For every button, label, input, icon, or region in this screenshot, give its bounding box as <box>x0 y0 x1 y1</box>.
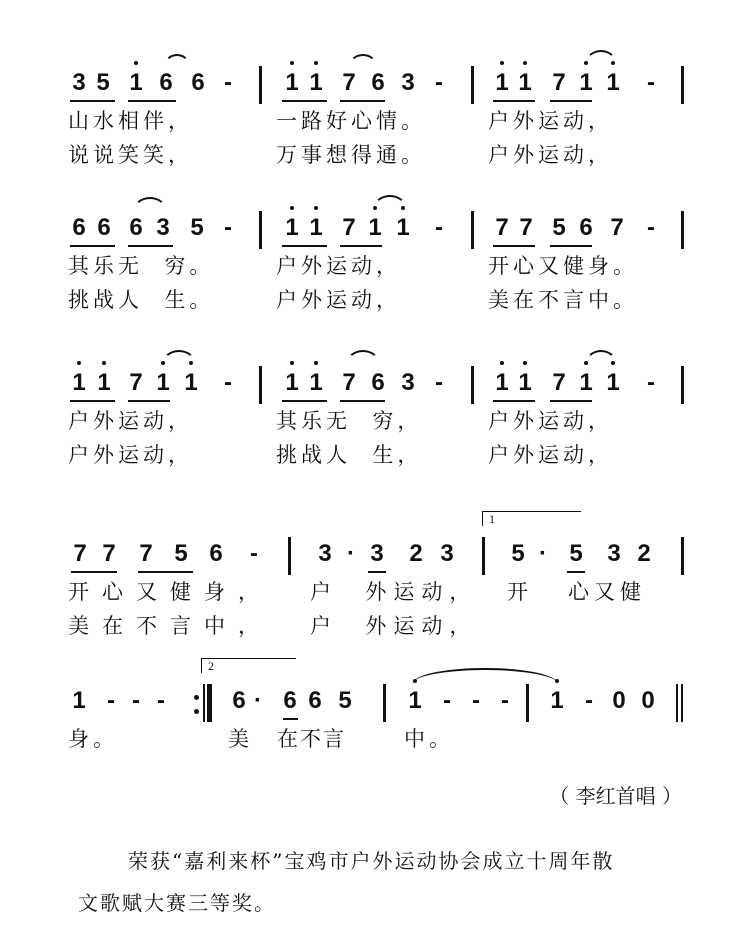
note-high: 1 <box>281 68 303 98</box>
tie-arc <box>162 350 196 364</box>
note-high: 1 <box>575 368 597 398</box>
dash: - <box>640 368 662 398</box>
underline <box>70 100 115 102</box>
note-high: 1 <box>305 368 327 398</box>
note-high: 1 <box>392 213 414 243</box>
final-barline-thin <box>681 684 683 722</box>
underline <box>128 400 170 402</box>
dot: · <box>340 539 362 569</box>
lyric-verse1: 户外运动， <box>276 253 401 279</box>
tie-arc <box>133 197 167 211</box>
notes-row: 1 - - - 6 · 6 6 5 1 - - - 1 - 0 0 <box>0 680 750 724</box>
dash: - <box>217 68 239 98</box>
dash: - <box>428 368 450 398</box>
barline <box>482 537 485 575</box>
dash: - <box>640 213 662 243</box>
barline <box>259 211 262 249</box>
tie-arc <box>585 50 617 64</box>
underline <box>282 400 327 402</box>
volta-bracket-1: 1 <box>482 511 581 526</box>
underline <box>550 100 592 102</box>
lyric-verse1: 一路好心情。 <box>276 108 426 134</box>
repeat-barline-thin <box>203 684 205 722</box>
tie-arc <box>412 668 558 684</box>
note: 6 <box>93 213 115 243</box>
tie-arc <box>373 195 407 209</box>
note: 6 <box>68 213 90 243</box>
lyric-verse1: 户外运动， <box>488 108 613 134</box>
notes-row: 1 1 7 1 1 - 1 1 7 6 3 - 1 1 7 1 1 - <box>0 362 750 406</box>
note-high: 1 <box>68 368 90 398</box>
underline <box>368 571 386 573</box>
underline <box>70 245 115 247</box>
lyric-verse2: 说说笑笑， <box>68 142 193 168</box>
note: 6 <box>367 368 389 398</box>
lyric-verse1: 户外运动， <box>68 408 193 434</box>
note-high: 1 <box>602 368 624 398</box>
barline <box>681 211 684 249</box>
note: 5 <box>565 539 587 569</box>
underline <box>282 245 327 247</box>
dash: - <box>578 686 600 716</box>
underline <box>493 400 535 402</box>
underline <box>128 100 176 102</box>
lyric-verse2: 美在不言中。 <box>488 287 638 313</box>
tie-arc <box>349 54 377 66</box>
note: 5 <box>186 213 208 243</box>
note: 5 <box>507 539 529 569</box>
note-high: 1 <box>575 68 597 98</box>
lyric-verse2: 万事想得通。 <box>276 142 426 168</box>
lyric-verse2: 美在不言中， <box>68 613 272 639</box>
note: 7 <box>606 213 628 243</box>
barline <box>526 684 529 722</box>
note-high: 1 <box>180 368 202 398</box>
note-high: 1 <box>364 213 386 243</box>
lyric-verse2: 户外运动， <box>276 287 401 313</box>
note: 7 <box>491 213 513 243</box>
barline <box>288 537 291 575</box>
barline <box>681 366 684 404</box>
note: 7 <box>98 539 120 569</box>
note: 5 <box>170 539 192 569</box>
barline <box>471 66 474 104</box>
note: 3 <box>603 539 625 569</box>
volta-bracket-2: 2 <box>201 658 296 673</box>
lyric-verse1: 中。 <box>404 726 454 752</box>
note: 7 <box>338 368 360 398</box>
lyric-verse1: 身。 <box>68 726 118 752</box>
dash: - <box>217 368 239 398</box>
note: 6 <box>367 68 389 98</box>
dash: - <box>150 686 172 716</box>
barline <box>681 537 684 575</box>
note-high: 1 <box>93 368 115 398</box>
dot: · <box>247 686 269 716</box>
underline <box>493 100 535 102</box>
note: 7 <box>515 213 537 243</box>
note-high: 1 <box>491 68 513 98</box>
note: 3 <box>366 539 388 569</box>
note: 6 <box>125 213 147 243</box>
note: 3 <box>152 213 174 243</box>
barline <box>681 66 684 104</box>
lyric-verse2: 挑战人 生。 <box>68 287 214 313</box>
underline <box>493 245 535 247</box>
note-high: 1 <box>305 213 327 243</box>
music-score-page: 3 5 1 6 6 - 1 1 7 6 3 - 1 1 7 1 1 - <box>0 0 750 949</box>
lyric-verse2: 户外运动， <box>68 442 193 468</box>
note: 6 <box>205 539 227 569</box>
note: 7 <box>125 368 147 398</box>
note: 6 <box>155 68 177 98</box>
repeat-dot <box>194 709 199 714</box>
notes-row: 3 5 1 6 6 - 1 1 7 6 3 - 1 1 7 1 1 - <box>0 62 750 106</box>
note-high: 1 <box>602 68 624 98</box>
note-high: 1 <box>152 368 174 398</box>
underline <box>282 100 327 102</box>
lyric-verse2: 户 外运动， <box>310 613 477 639</box>
note: 7 <box>69 539 91 569</box>
lyric-verse1: 户外运动， <box>488 408 613 434</box>
underline <box>550 400 592 402</box>
lyric-verse1: 美 在不言 <box>228 726 346 752</box>
barline <box>383 684 386 722</box>
notes-row: 7 7 7 5 6 - 3 · 3 2 3 5 · 5 3 2 <box>0 533 750 577</box>
note: 3 <box>68 68 90 98</box>
lyric-verse1: 户 外运动， <box>310 579 477 605</box>
note-high: 1 <box>281 368 303 398</box>
note: 1 <box>68 686 90 716</box>
singer-credit: （ 李红首唱 ） <box>549 780 682 809</box>
rest: 0 <box>608 686 630 716</box>
lyric-verse1: 其乐无 穷， <box>276 408 422 434</box>
note: 3 <box>436 539 458 569</box>
dot: · <box>532 539 554 569</box>
note: 2 <box>633 539 655 569</box>
note-high: 1 <box>491 368 513 398</box>
dash: - <box>640 68 662 98</box>
note: 5 <box>92 68 114 98</box>
award-note-line2: 文歌赋大赛三等奖。 <box>78 887 276 916</box>
barline <box>259 66 262 104</box>
dash: - <box>125 686 147 716</box>
dash: - <box>100 686 122 716</box>
barline <box>471 211 474 249</box>
note-high: 1 <box>125 68 147 98</box>
underline <box>70 400 115 402</box>
repeat-barline-thick <box>207 684 212 722</box>
underline <box>340 400 385 402</box>
tie-arc <box>585 350 617 364</box>
note-high: 1 <box>514 368 536 398</box>
underline <box>138 571 193 573</box>
note: 7 <box>548 68 570 98</box>
underline <box>340 245 382 247</box>
note: 6 <box>187 68 209 98</box>
dash: - <box>494 686 516 716</box>
lyric-verse2: 户外运动， <box>488 442 613 468</box>
note: 7 <box>548 368 570 398</box>
underline <box>550 245 592 247</box>
note: 6 <box>279 686 301 716</box>
underline <box>283 718 298 720</box>
note: 3 <box>397 68 419 98</box>
lyric-verse1: 山水相伴， <box>68 108 193 134</box>
note: 7 <box>338 213 360 243</box>
repeat-dot <box>194 695 199 700</box>
dash: - <box>436 686 458 716</box>
award-note-line1: 荣获“嘉利来杯”宝鸡市户外运动协会成立十周年散 <box>128 845 614 874</box>
dash: - <box>465 686 487 716</box>
dash: - <box>217 213 239 243</box>
note-high: 1 <box>546 686 568 716</box>
underline <box>128 245 173 247</box>
underline <box>71 571 117 573</box>
note: 7 <box>135 539 157 569</box>
dash: - <box>243 539 265 569</box>
note: 6 <box>304 686 326 716</box>
lyric-verse2: 挑战人 生， <box>276 442 422 468</box>
note: 3 <box>397 368 419 398</box>
note-high: 1 <box>281 213 303 243</box>
barline <box>259 366 262 404</box>
lyric-verse1: 其乐无 穷。 <box>68 253 214 279</box>
note-high: 1 <box>514 68 536 98</box>
note: 5 <box>548 213 570 243</box>
tie-arc <box>164 54 190 66</box>
notes-row: 6 6 6 3 5 - 1 1 7 1 1 - 7 7 5 6 7 - <box>0 207 750 251</box>
tie-arc <box>346 350 380 364</box>
barline <box>471 366 474 404</box>
note: 6 <box>575 213 597 243</box>
note: 2 <box>405 539 427 569</box>
note: 7 <box>338 68 360 98</box>
note-high: 1 <box>404 686 426 716</box>
lyric-verse2: 户外运动， <box>488 142 613 168</box>
rest: 0 <box>637 686 659 716</box>
lyric-verse1: 开心又健身， <box>68 579 272 605</box>
dash: - <box>428 68 450 98</box>
lyric-verse1: 开 心又健 <box>507 579 646 605</box>
note: 5 <box>334 686 356 716</box>
note-high: 1 <box>305 68 327 98</box>
lyric-verse1: 开心又健身。 <box>488 253 638 279</box>
dash: - <box>428 213 450 243</box>
underline <box>567 571 585 573</box>
final-barline-thin <box>676 684 678 722</box>
note: 3 <box>314 539 336 569</box>
underline <box>340 100 385 102</box>
